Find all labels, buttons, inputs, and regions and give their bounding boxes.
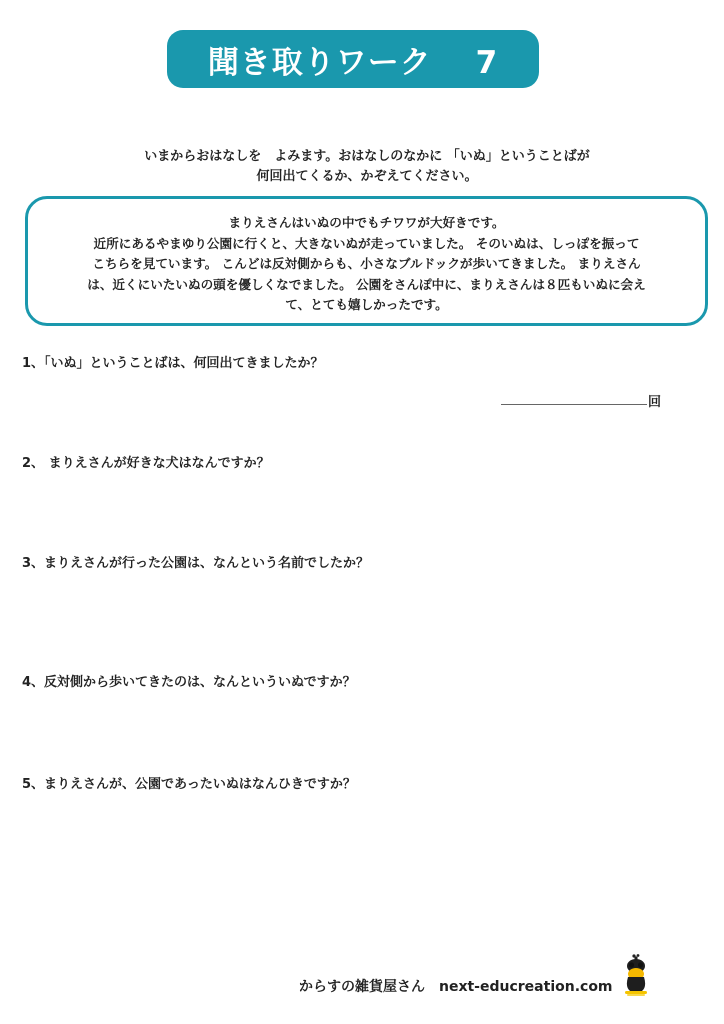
question-text: 反対側から歩いてきたのは、なんといういぬですか？ bbox=[44, 675, 356, 690]
instructions: いまからおはなしを よみます。おはなしのなかに 「いぬ」ということばが 何回出て… bbox=[60, 147, 674, 187]
question-2: 2、 まりえさんが好きな犬はなんですか？ bbox=[22, 452, 270, 471]
question-3: 3、まりえさんが行った公園は、なんという名前でしたか？ bbox=[22, 552, 369, 571]
title-banner: 聞き取りワーク 7 bbox=[167, 30, 539, 88]
instructions-line: いまからおはなしを よみます。おはなしのなかに 「いぬ」ということばが bbox=[60, 147, 674, 167]
question-text: まりえさんが、公園であったいぬはなんひきですか？ bbox=[44, 777, 356, 792]
question-number: 4、 bbox=[22, 675, 44, 690]
question-5: 5、まりえさんが、公園であったいぬはなんひきですか？ bbox=[22, 773, 356, 792]
story-text: まりえさんはいぬの中でもチワワが大好きです。 近所にあるやまゆり公園に行くと、大… bbox=[28, 213, 705, 316]
question-1: 1、「いぬ」ということばは、何回出てきましたか？ bbox=[22, 352, 324, 371]
question-text: 「いぬ」ということばは、何回出てきましたか？ bbox=[44, 356, 324, 371]
answer-blank-line[interactable] bbox=[501, 404, 647, 405]
story-line: は、近くにいたいぬの頭を優しくなでました。 公園をさんぽ中に、まりえさんは８匹も… bbox=[28, 275, 705, 296]
crow-mascot-icon bbox=[619, 953, 653, 997]
story-line: こちらを見ています。 こんどは反対側からも、小さなブルドックが歩いてきました。 … bbox=[28, 254, 705, 275]
footer-credit: からすの雑貨屋さん next-educreation.com bbox=[299, 976, 613, 996]
question-4: 4、反対側から歩いてきたのは、なんといういぬですか？ bbox=[22, 671, 356, 690]
story-box: まりえさんはいぬの中でもチワワが大好きです。 近所にあるやまゆり公園に行くと、大… bbox=[25, 196, 708, 326]
question-number: 5、 bbox=[22, 777, 44, 792]
story-line: 近所にあるやまゆり公園に行くと、大きないぬが走っていました。 そのいぬは、しっぽ… bbox=[28, 234, 705, 255]
question-number: 2、 bbox=[22, 456, 44, 471]
question-number: 1、 bbox=[22, 356, 44, 371]
question-text: まりえさんが行った公園は、なんという名前でしたか？ bbox=[44, 556, 369, 571]
instructions-line: 何回出てくるか、かぞえてください。 bbox=[60, 167, 674, 187]
story-line: まりえさんはいぬの中でもチワワが大好きです。 bbox=[28, 213, 705, 234]
question-number: 3、 bbox=[22, 556, 44, 571]
page-title: 聞き取りワーク 7 bbox=[208, 37, 498, 82]
question-text: まりえさんが好きな犬はなんですか？ bbox=[44, 456, 270, 471]
answer-unit: 回 bbox=[648, 391, 661, 410]
story-line: て、とても嬉しかったです。 bbox=[28, 295, 705, 316]
